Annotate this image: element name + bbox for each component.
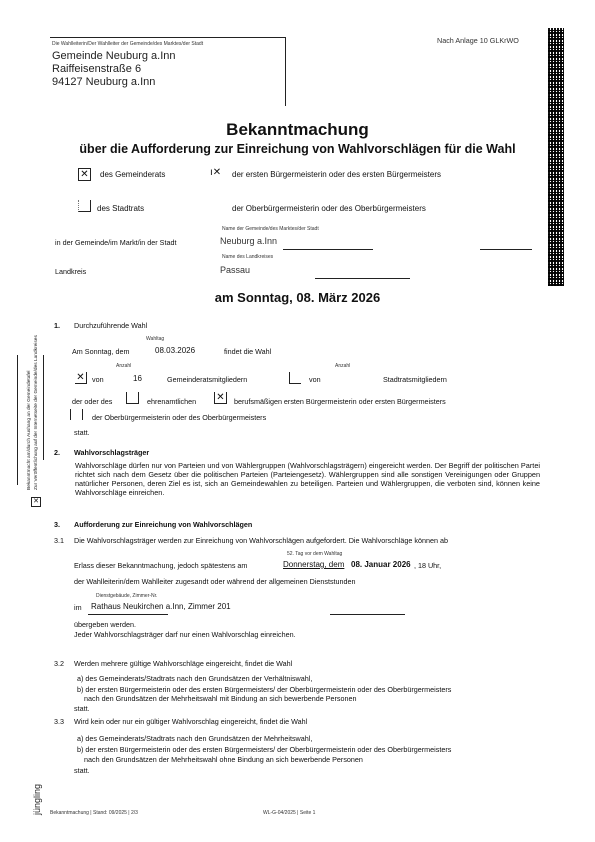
s32-a: a) des Gemeinderats/Stadtrats nach den G… (77, 674, 312, 683)
address-line-3: 94127 Neuburg a.Inn (52, 76, 155, 89)
section1-closing: statt. (74, 428, 90, 437)
s31-line2-prefix: Erlass dieser Bekanntmachung, jedoch spä… (74, 561, 247, 570)
council-label: Gemeinderatsmitgliedern (167, 375, 247, 384)
s33-close: statt. (74, 766, 90, 775)
count-hint-1: Anzahl (116, 363, 131, 369)
side-note-line2: Zur Veröffentlichung auf der Internetsei… (34, 335, 39, 490)
label-gemeinderat: des Gemeinderats (100, 170, 165, 179)
checkbox-lord-mayor[interactable] (70, 409, 83, 420)
s31-line1: Die Wahlvorschlagsträger werden zur Einr… (74, 536, 448, 545)
room-underline (88, 614, 168, 615)
s31-line6: Jeder Wahlvorschlagsträger darf nur eine… (74, 630, 296, 639)
page-subtitle: über die Aufforderung zur Einreichung vo… (0, 142, 595, 156)
room-underline-2 (330, 614, 405, 615)
check-x-icon: ✕ (33, 498, 39, 505)
check-x-icon: ı✕ (210, 167, 221, 178)
district-underline (315, 278, 410, 279)
mayor-prefix: der oder des (72, 397, 112, 406)
s33-a: a) des Gemeinderats/Stadtrats nach den G… (77, 734, 312, 743)
deadline-date: 08. Januar 2026 (351, 560, 411, 569)
s33-number: 3.3 (54, 717, 64, 726)
s32-b2: nach den Grundsätzen der Mehrheitswahl m… (84, 694, 357, 703)
s33-b1: b) der ersten Bürgermeisterin oder des e… (77, 745, 451, 754)
checkbox-honorary[interactable] (126, 392, 139, 404)
council-count: 16 (133, 374, 142, 383)
checkbox-stadtrat[interactable] (78, 200, 91, 212)
label-stadtrat: des Stadtrats (97, 204, 144, 213)
footer-left: Bekanntmachung | Stand: 09/2025 | 2/3 (50, 810, 138, 816)
room-hint: Dienstgebäude, Zimmer-Nr. (96, 593, 157, 599)
district-value: Passau (220, 265, 250, 275)
room-value: Rathaus Neukirchen a.Inn, Zimmer 201 (91, 602, 231, 611)
deadline-time: , 18 Uhr, (414, 561, 441, 570)
sender-label: Die Wahlleiterin/Der Wahlleiter der Geme… (52, 41, 203, 47)
checkbox-council-count[interactable]: ✕ (75, 372, 87, 384)
section2-text: Wahlvorschläge dürfen nur von Parteien u… (75, 461, 540, 497)
side-note-line-2 (43, 355, 44, 460)
s32-number: 3.2 (54, 659, 64, 668)
municipality-underline-2 (480, 249, 532, 250)
council-of: von (92, 375, 104, 384)
section1-date-suffix: findet die Wahl (224, 347, 271, 356)
district-label: Landkreis (55, 267, 86, 276)
s32-intro: Werden mehrere gültige Wahlvorschläge ei… (74, 659, 292, 668)
side-note-line1: Bekanntmacht am/durch Aushang an der Gem… (27, 371, 32, 490)
municipality-hint: Name der Gemeinde/des Marktes/der Stadt (222, 226, 319, 232)
page-title: Bekanntmachung (0, 120, 595, 140)
checkbox-gemeinderat[interactable]: ✕ (78, 168, 91, 181)
check-x-icon: ✕ (80, 169, 88, 180)
section1-date-hint: Wahltag (146, 336, 164, 342)
checkbox-buergermeister[interactable]: ı✕ (210, 167, 221, 178)
city-of: von (309, 375, 321, 384)
brand-logo: jüngling (32, 784, 42, 815)
s31-number: 3.1 (54, 536, 64, 545)
deadline-day: Donnerstag, dem (283, 560, 344, 569)
sender-address-box: Die Wahlleiterin/Der Wahlleiter der Geme… (50, 37, 286, 106)
section1-date-prefix: Am Sonntag, dem (72, 347, 130, 356)
count-hint-2: Anzahl (335, 363, 350, 369)
s33-b2: nach den Grundsätzen der Mehrheitswahl o… (84, 755, 363, 764)
form-reference: Nach Anlage 10 GLKrWO (437, 36, 519, 45)
s33-intro: Wird kein oder nur ein gültiger Wahlvors… (74, 717, 307, 726)
room-prefix: im (74, 603, 82, 612)
municipality-label: in der Gemeinde/im Markt/in der Stadt (55, 238, 176, 247)
section2-number: 2. (54, 448, 60, 457)
professional-label: berufsmäßigen ersten Bürgermeisterin ode… (234, 397, 446, 406)
section1-title: Durchzuführende Wahl (74, 321, 147, 330)
label-buergermeister: der ersten Bürgermeisterin oder des erst… (232, 170, 441, 179)
check-x-icon: ✕ (216, 392, 224, 403)
district-hint: Name des Landkreises (222, 254, 273, 260)
section3-title: Aufforderung zur Einreichung von Wahlvor… (74, 520, 252, 529)
checkbox-city-count[interactable] (289, 372, 301, 384)
s31-line5: übergeben werden. (74, 620, 136, 629)
honorary-label: ehrenamtlichen (147, 397, 196, 406)
municipality-underline (283, 249, 373, 250)
section1-date-value: 08.03.2026 (155, 346, 195, 355)
lord-mayor-label: der Oberbürgermeisterin oder des Oberbür… (92, 413, 266, 422)
election-date-heading: am Sonntag, 08. März 2026 (0, 290, 595, 305)
check-x-icon: ✕ (76, 372, 84, 383)
address-line-2: Raiffeisenstraße 6 (52, 63, 141, 76)
deadline-hint: 52. Tag vor dem Wahltag (287, 551, 342, 557)
s32-b1: b) der ersten Bürgermeisterin oder des e… (77, 685, 451, 694)
section3-number: 3. (54, 520, 60, 529)
side-note-line (17, 355, 18, 485)
s32-close: statt. (74, 704, 90, 713)
checkbox-professional[interactable]: ✕ (214, 392, 227, 404)
city-label: Stadtratsmitgliedern (383, 375, 447, 384)
address-line-1: Gemeinde Neuburg a.Inn (52, 50, 176, 63)
datamatrix-barcode (548, 28, 564, 286)
side-note-checkbox[interactable]: ✕ (31, 497, 41, 507)
municipality-value: Neuburg a.Inn (220, 236, 277, 246)
footer-center: WL-G-04/2025 | Seite 1 (263, 810, 315, 816)
section1-number: 1. (54, 321, 60, 330)
label-oberbuergermeister: der Oberbürgermeisterin oder des Oberbür… (232, 204, 426, 213)
section2-title: Wahlvorschlagsträger (74, 448, 149, 457)
s31-line3: der Wahlleiterin/dem Wahlleiter zugesand… (74, 577, 356, 586)
